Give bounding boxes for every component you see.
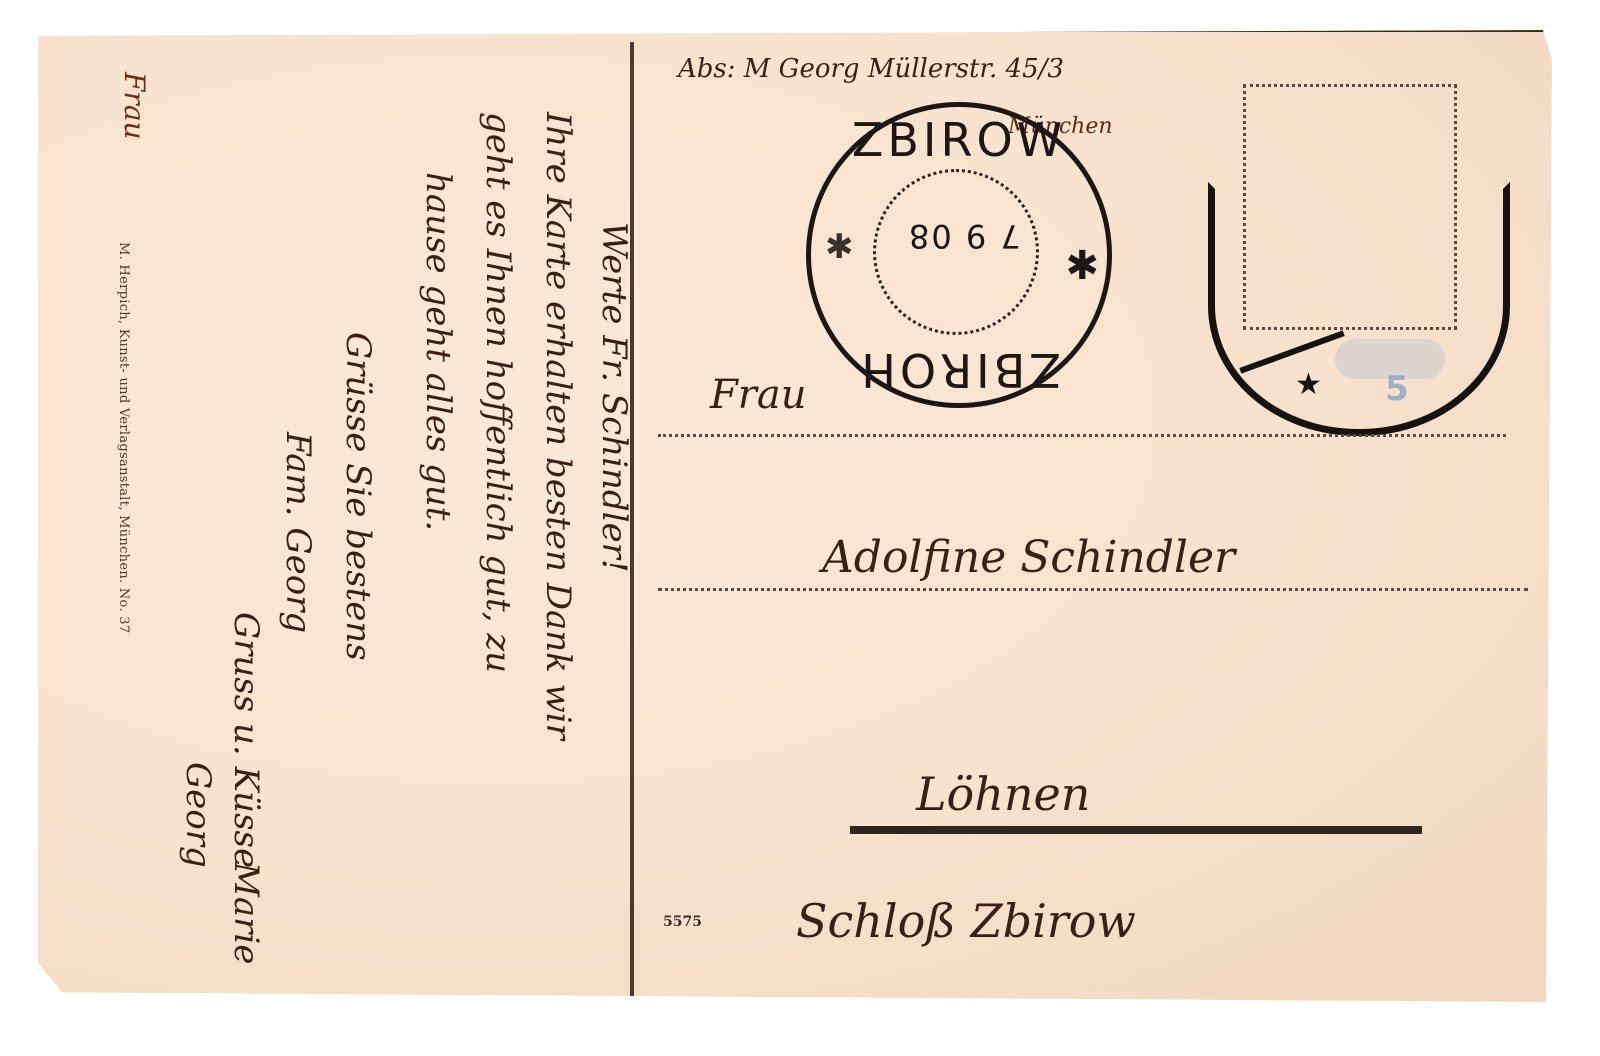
postmark-zbirow: ZBIROW ZBIROH ✱ ✱ 7 9 08 xyxy=(806,102,1112,408)
recipient-town: Löhnen xyxy=(916,767,1090,821)
star-icon: ✱ xyxy=(1065,243,1099,289)
postmark-bar xyxy=(1239,330,1344,373)
sender-address: Abs: M Georg Müllerstr. 45/3 xyxy=(678,54,1064,84)
postmark-partial: ★ 5 xyxy=(1208,182,1510,436)
recipient-place: Schloß Zbirow xyxy=(796,894,1136,948)
message-line: Gruss u. Küsse xyxy=(226,612,266,868)
postmark-number: 5 xyxy=(1385,369,1409,409)
message-line: geht es Ihnen hoffentlich gut, zu xyxy=(478,112,518,673)
message-line: Werte Fr. Schindler! xyxy=(594,222,634,573)
message-line: Fam. Georg xyxy=(278,432,318,633)
message-line: Ihre Karte erhalten besten Dank wir xyxy=(538,112,578,740)
address-dotted-line xyxy=(658,588,1528,591)
address-solid-line xyxy=(850,826,1422,834)
message-line: Georg xyxy=(178,762,218,868)
postmark-top-text: ZBIROW xyxy=(811,113,1107,167)
handwritten-message: Werte Fr. Schindler! Ihre Karte erhalten… xyxy=(78,72,638,1002)
address-dotted-line xyxy=(658,434,1506,437)
recipient-salutation: Frau xyxy=(710,372,806,418)
message-line: Grüsse Sie bestens xyxy=(338,332,378,661)
postcard: M. Herpich, Kunst- und Verlagsanstalt, M… xyxy=(38,30,1552,1002)
center-divider xyxy=(630,42,634,997)
recipient-name: Adolfine Schindler xyxy=(822,532,1235,583)
postmark-bottom-text: ZBIROH xyxy=(811,343,1107,397)
catalog-number: 5575 xyxy=(663,914,702,930)
postmark-date: 7 9 08 xyxy=(907,217,1021,255)
corner-note: Frau xyxy=(118,72,151,140)
star-icon: ✱ xyxy=(825,227,854,267)
message-line: hause geht alles gut. xyxy=(418,172,458,531)
message-line: Marie xyxy=(226,862,266,964)
star-icon: ★ xyxy=(1295,367,1322,402)
